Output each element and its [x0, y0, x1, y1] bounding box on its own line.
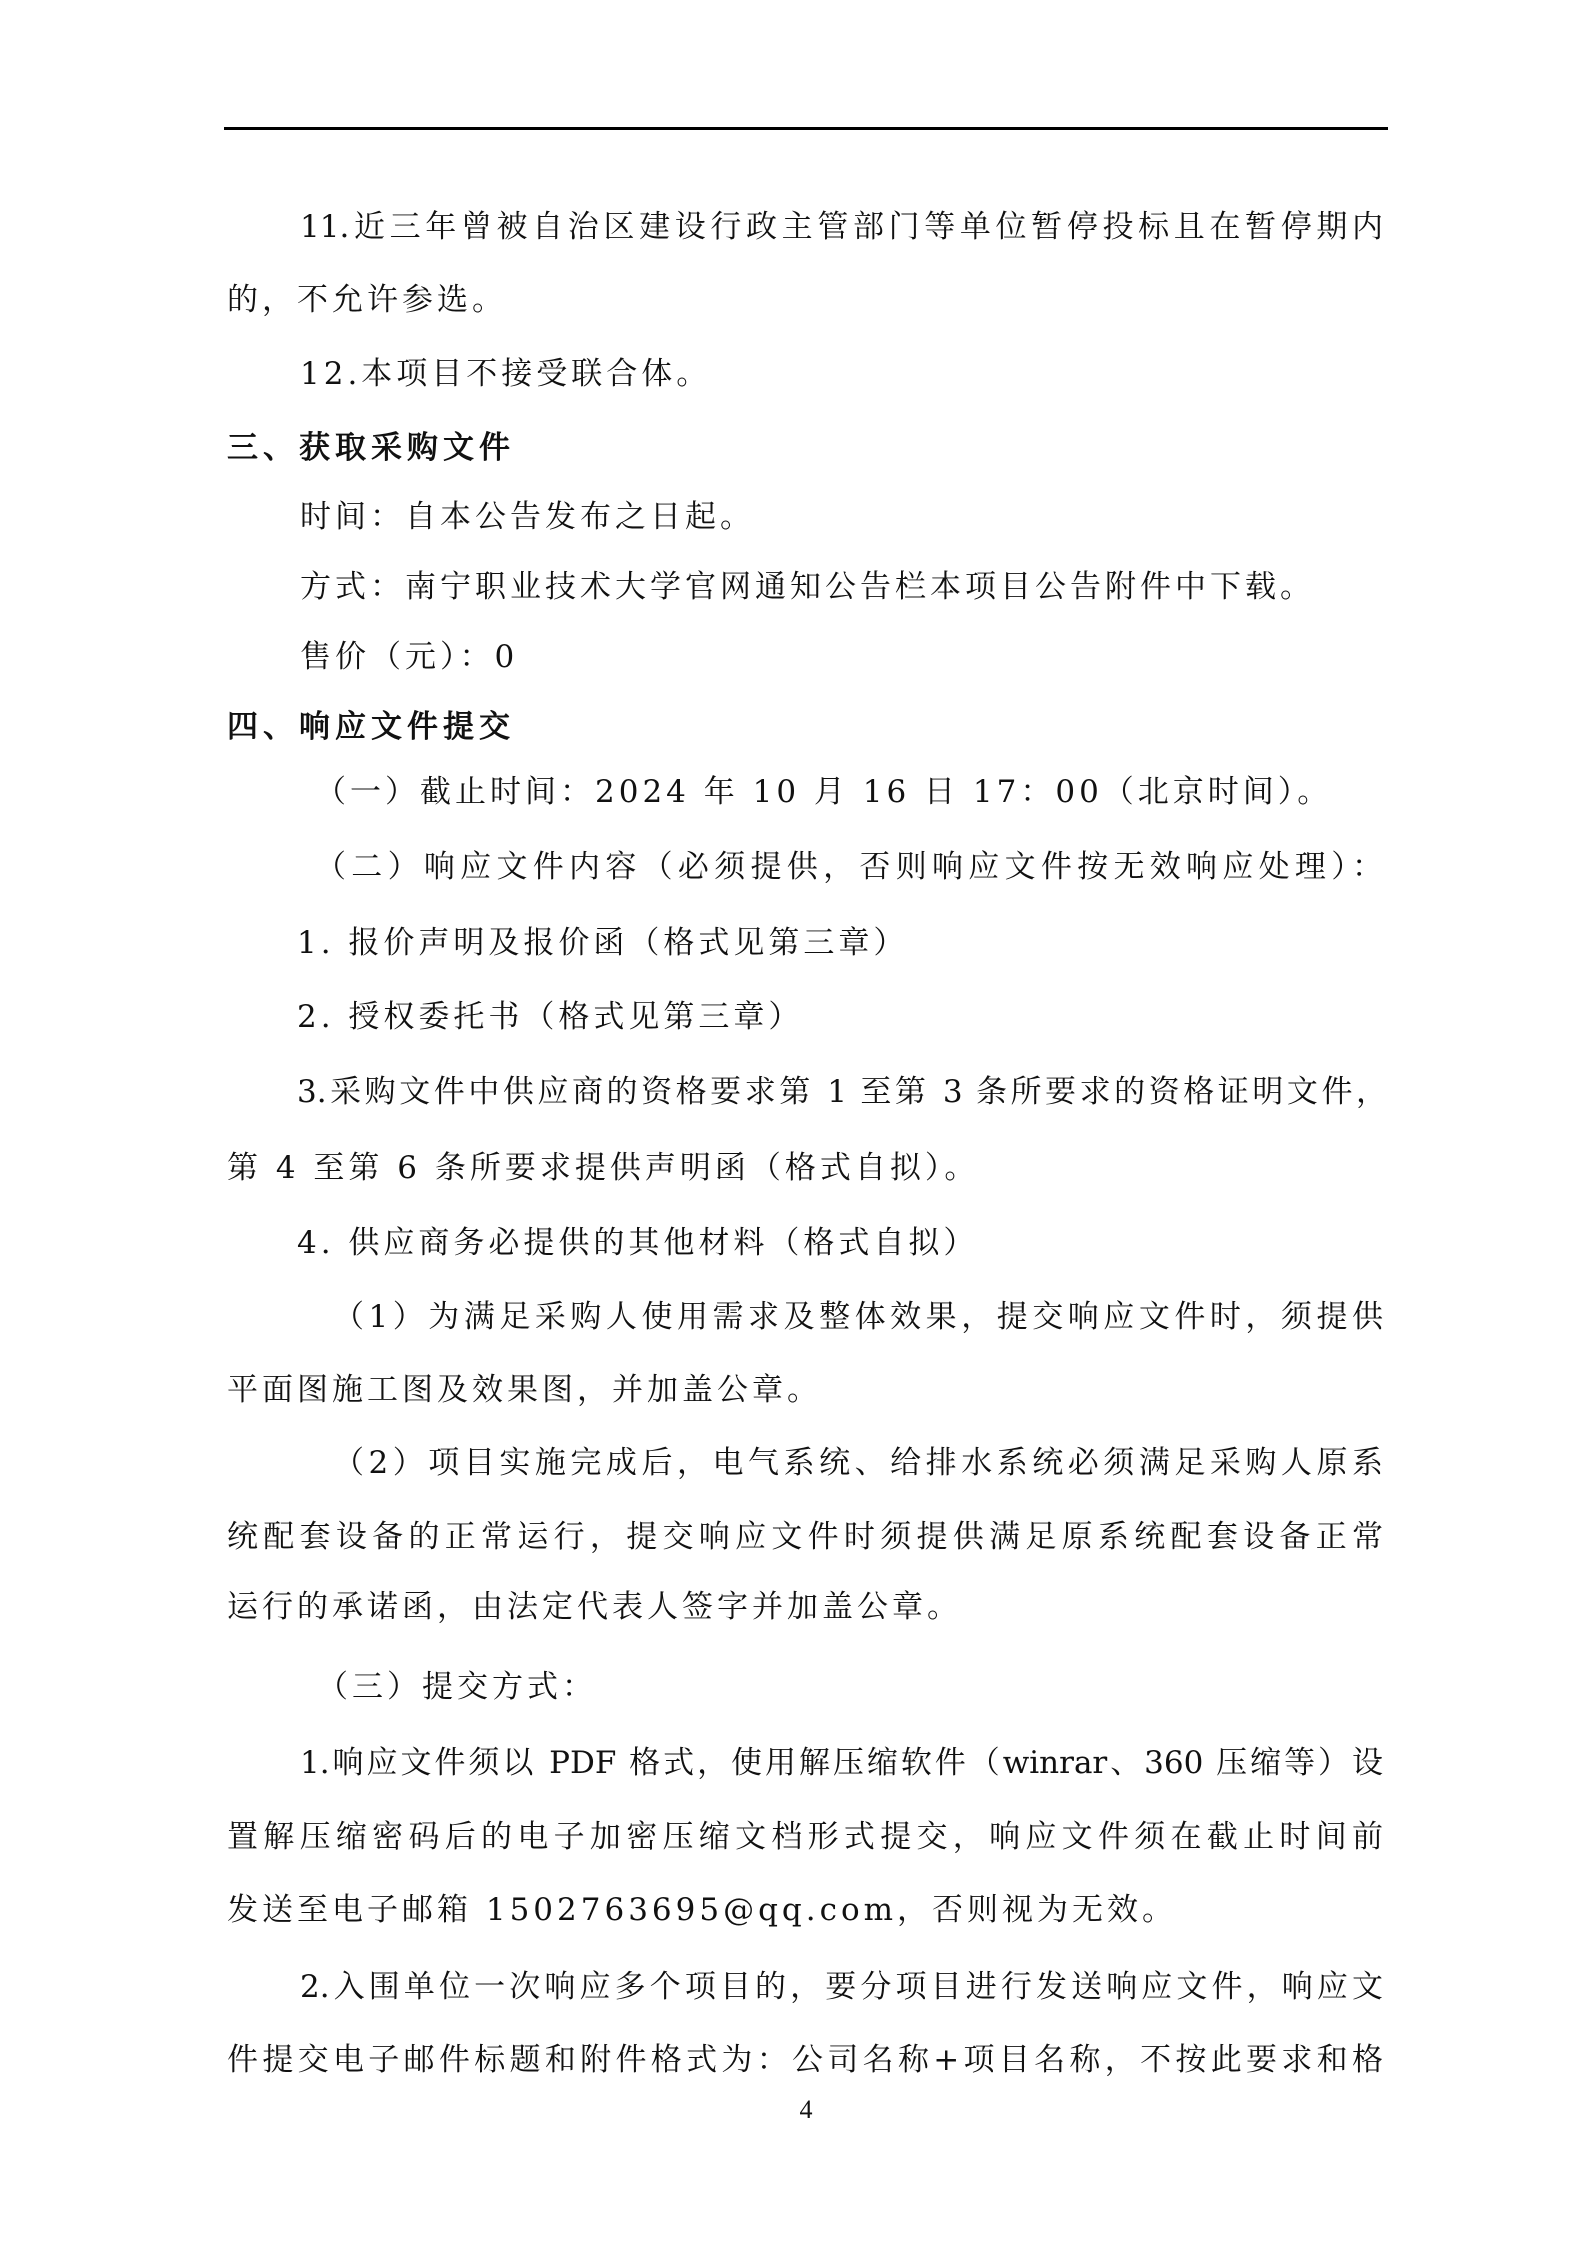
- acquire-method: 方式：南宁职业技术大学官网通知公告栏本项目公告附件中下载。: [300, 565, 1315, 609]
- document-page: 11.近三年曾被自治区建设行政主管部门等单位暂停投标且在暂停期内 的，不允许参选…: [0, 0, 1588, 2245]
- deadline: （一）截止时间：2024 年 10 月 16 日 17：00（北京时间）。: [315, 770, 1332, 814]
- submission-item-1-line-2: 置解压缩密码后的电子加密压缩文档形式提交，响应文件须在截止时间前: [227, 1815, 1383, 1859]
- sub-item-1-line-1: （1）为满足采购人使用需求及整体效果，提交响应文件时，须提供: [333, 1295, 1383, 1339]
- sub-item-1-line-2: 平面图施工图及效果图，并加盖公章。: [227, 1368, 822, 1412]
- response-content: （二）响应文件内容（必须提供，否则响应文件按无效响应处理）：: [315, 845, 1383, 889]
- content-item-3-line-1: 3.采购文件中供应商的资格要求第 1 至第 3 条所要求的资格证明文件，: [297, 1070, 1387, 1114]
- header-rule: [224, 127, 1388, 130]
- section-heading-4: 四、响应文件提交: [227, 705, 515, 749]
- acquire-time: 时间：自本公告发布之日起。: [300, 495, 755, 539]
- content-item-4: 4. 供应商务必提供的其他材料（格式自拟）: [297, 1221, 978, 1265]
- submission-method-heading: （三）提交方式：: [317, 1665, 597, 1709]
- submission-item-1-line-1: 1.响应文件须以 PDF 格式，使用解压缩软件（winrar、360 压缩等）设: [300, 1741, 1383, 1785]
- item-11-line-2: 的，不允许参选。: [227, 278, 507, 322]
- submission-item-2-line-2: 件提交电子邮件标题和附件格式为：公司名称+项目名称，不按此要求和格: [227, 2038, 1383, 2082]
- item-12: 12.本项目不接受联合体。: [300, 352, 711, 396]
- submission-item-1-line-3: 发送至电子邮箱 1502763695@qq.com，否则视为无效。: [227, 1888, 1177, 1932]
- content-item-1: 1. 报价声明及报价函（格式见第三章）: [297, 921, 908, 965]
- sub-item-2-line-3: 运行的承诺函，由法定代表人签字并加盖公章。: [227, 1585, 962, 1629]
- item-11-line-1: 11.近三年曾被自治区建设行政主管部门等单位暂停投标且在暂停期内: [300, 205, 1383, 249]
- section-heading-3: 三、获取采购文件: [227, 426, 515, 470]
- content-item-3-line-2: 第 4 至第 6 条所要求提供声明函（格式自拟）。: [227, 1146, 979, 1190]
- sub-item-2-line-2: 统配套设备的正常运行，提交响应文件时须提供满足原系统配套设备正常: [227, 1515, 1383, 1559]
- content-item-2: 2. 授权委托书（格式见第三章）: [297, 995, 803, 1039]
- sub-item-2-line-1: （2）项目实施完成后，电气系统、给排水系统必须满足采购人原系: [333, 1441, 1383, 1485]
- acquire-price: 售价（元）：0: [300, 635, 518, 679]
- submission-item-2-line-1: 2.入围单位一次响应多个项目的，要分项目进行发送响应文件，响应文: [300, 1965, 1383, 2009]
- page-number: 4: [780, 2092, 832, 2128]
